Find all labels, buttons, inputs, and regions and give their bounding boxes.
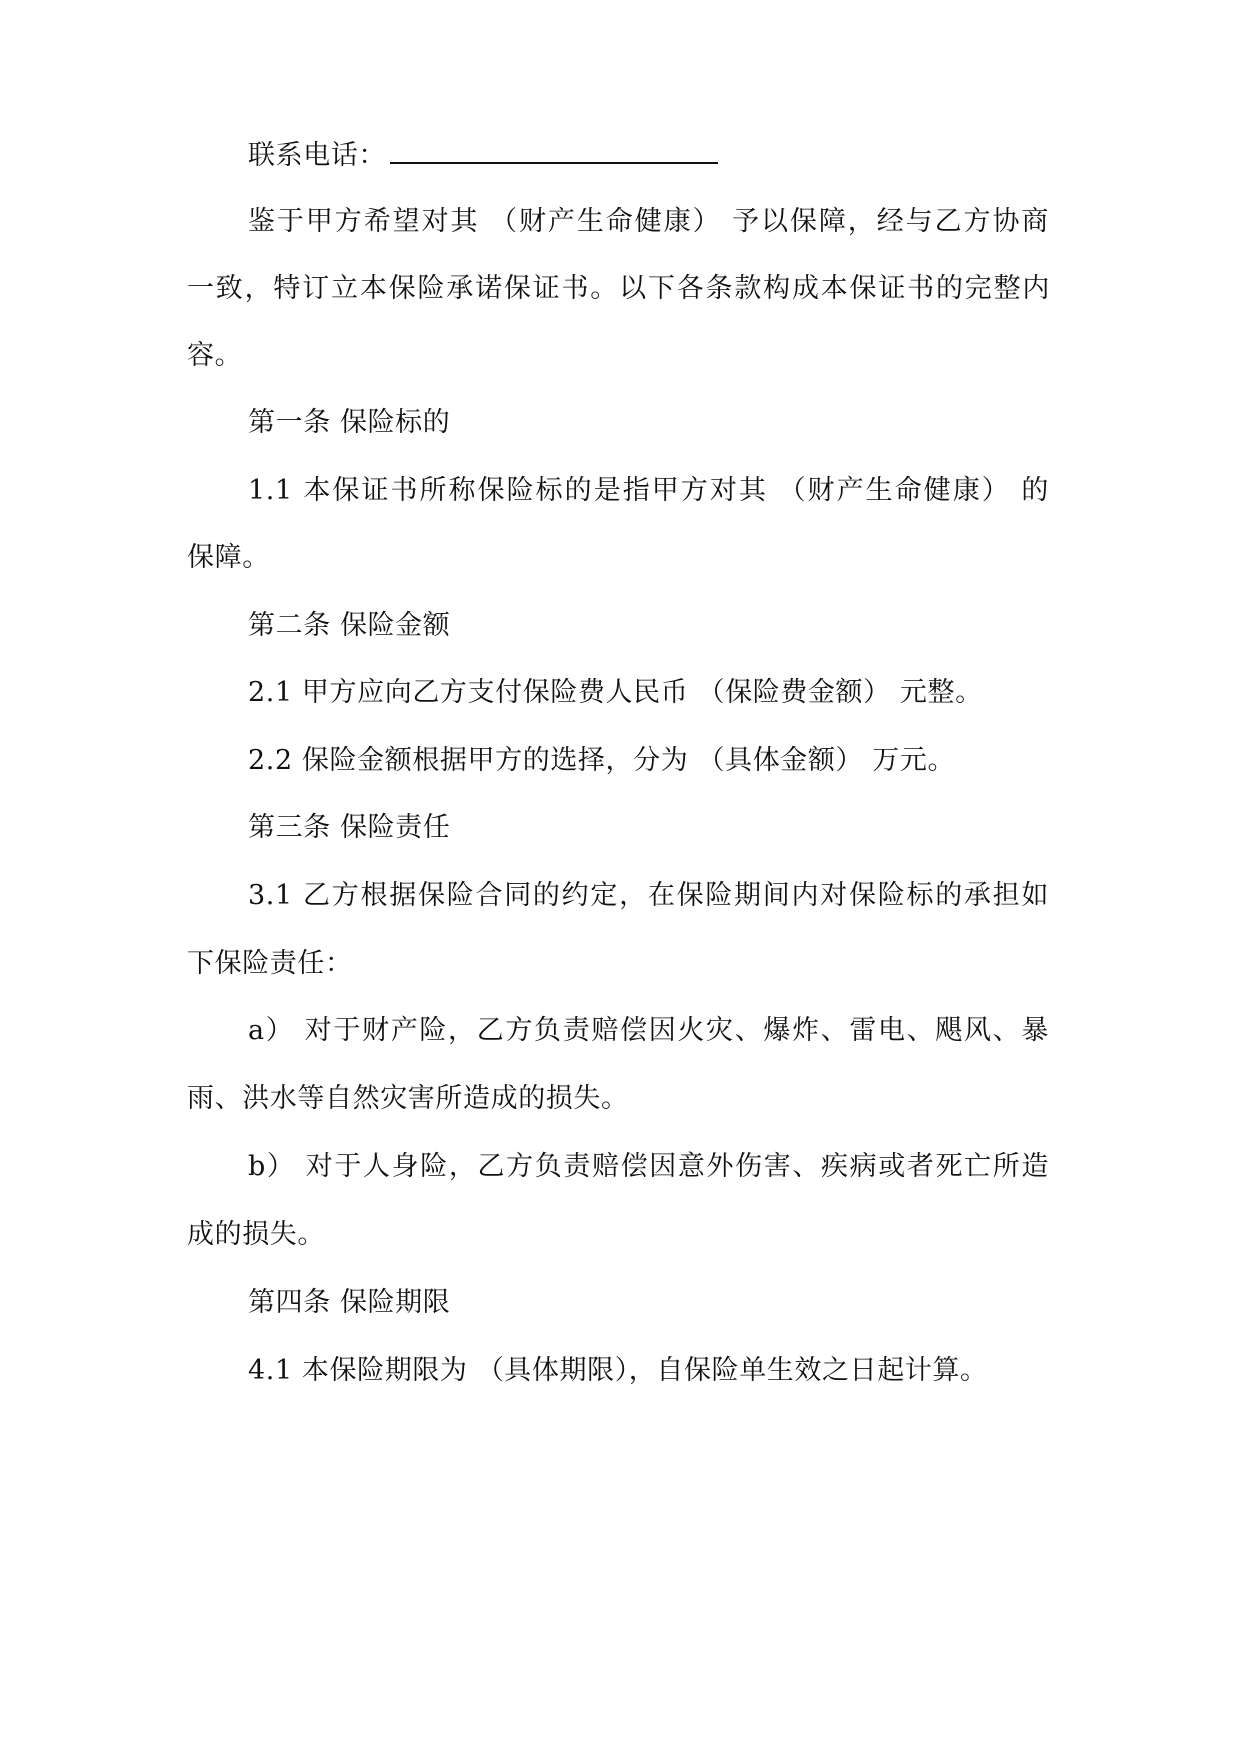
clause-2-2: 2.2 保险金额根据甲方的选择，分为 （具体金额） 万元。 [248,744,955,778]
document-page: 联系电话： 鉴于甲方希望对其 （财产生命健康） 予以保障，经与乙方协商 一致，特… [0,0,1241,1754]
intro-paragraph-line-1: 鉴于甲方希望对其 （财产生命健康） 予以保障，经与乙方协商 [248,205,1049,239]
article-2-heading: 第二条 保险金额 [248,609,450,643]
article-1-heading: 第一条 保险标的 [248,406,450,440]
clause-1-1-line-1: 1.1 本保证书所称保险标的是指甲方对其 （财产生命健康） 的 [248,474,1049,508]
contact-phone-blank-field[interactable] [390,138,718,164]
clause-3-b-line-2: 成的损失。 [187,1218,325,1252]
intro-paragraph-line-2: 一致，特订立本保险承诺保证书。以下各条款构成本保证书的完整内 [187,272,1050,306]
clause-3-a-line-1: a） 对于财产险，乙方负责赔偿因火灾、爆炸、雷电、飓风、暴 [248,1014,1049,1048]
clause-2-1: 2.1 甲方应向乙方支付保险费人民币 （保险费金额） 元整。 [248,676,983,710]
clause-4-1: 4.1 本保险期限为 （具体期限），自保险单生效之日起计算。 [248,1354,988,1388]
clause-3-1-line-1: 3.1 乙方根据保险合同的约定，在保险期间内对保险标的承担如 [248,879,1049,913]
article-4-heading: 第四条 保险期限 [248,1286,450,1320]
intro-paragraph-line-3: 容。 [187,339,242,373]
clause-3-b-line-1: b） 对于人身险，乙方负责赔偿因意外伤害、疾病或者死亡所造 [248,1150,1049,1184]
clause-3-1-line-2: 下保险责任： [187,947,353,981]
contact-phone-label: 联系电话： [248,140,386,171]
article-3-heading: 第三条 保险责任 [248,811,450,845]
clause-3-a-line-2: 雨、洪水等自然灾害所造成的损失。 [187,1082,629,1116]
clause-1-1-line-2: 保障。 [187,541,270,575]
contact-phone-line: 联系电话： [248,138,718,172]
